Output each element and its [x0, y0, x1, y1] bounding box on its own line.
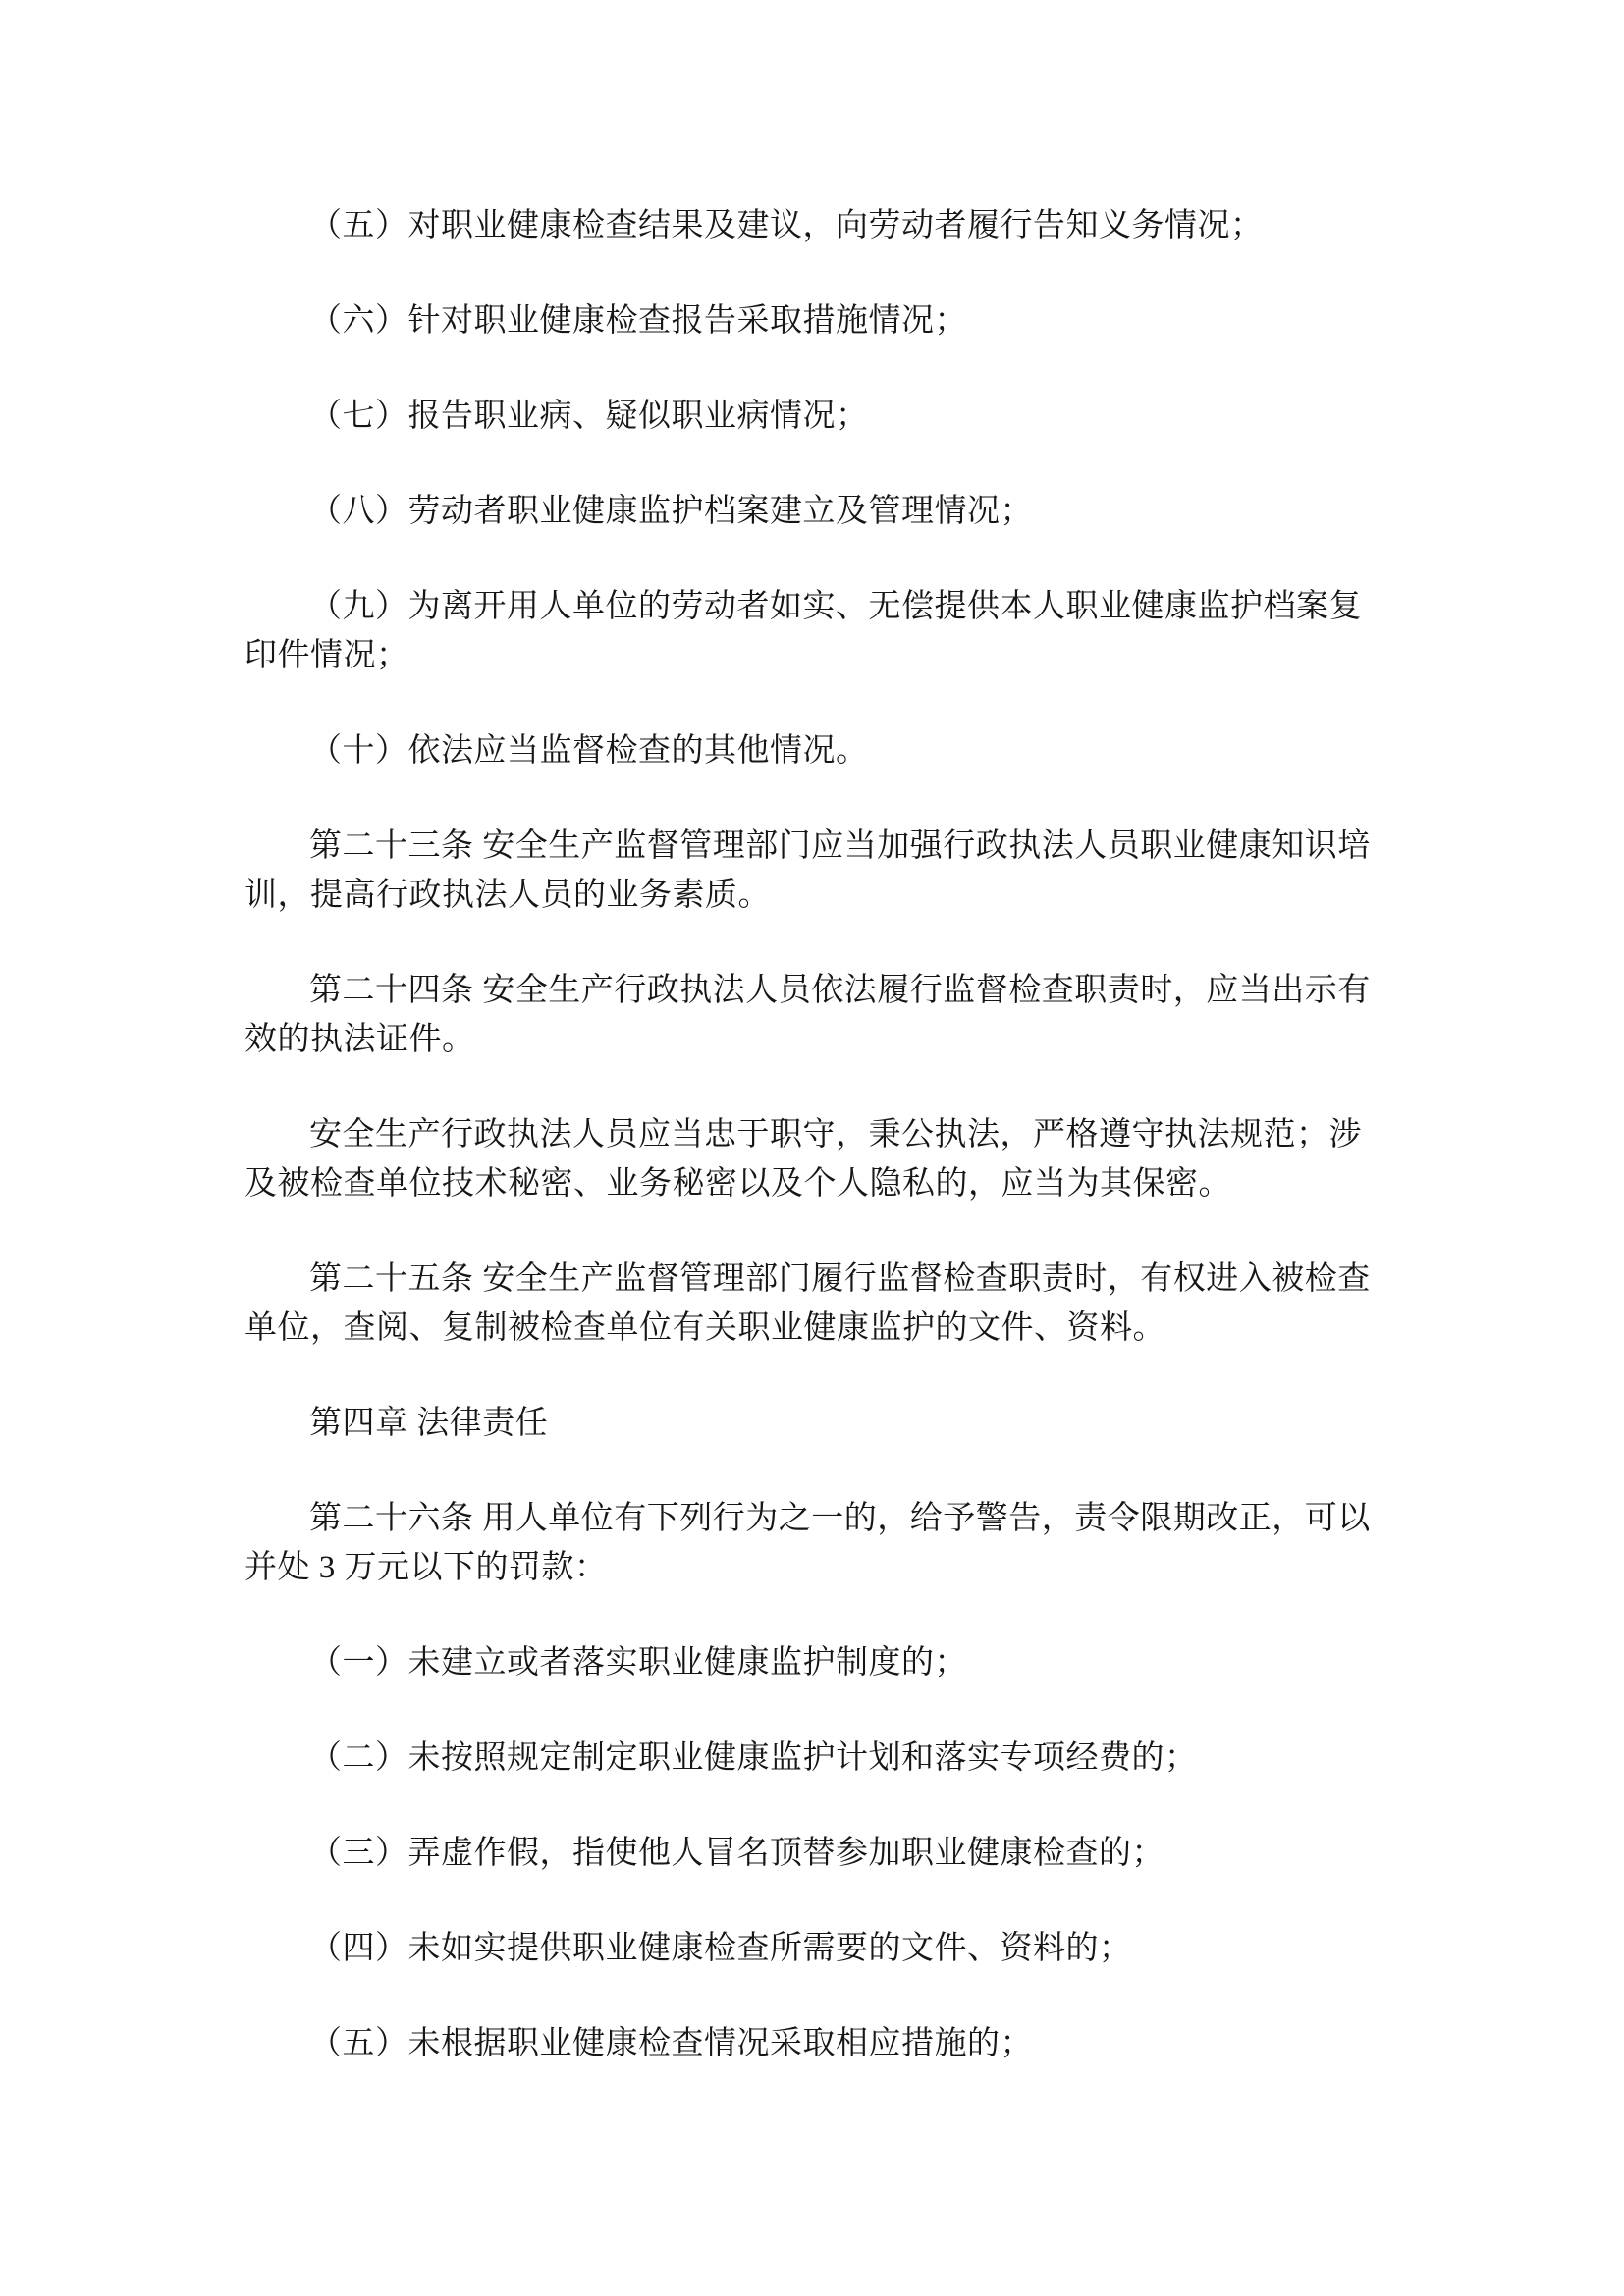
- paragraph-list-item: （九）为离开用人单位的劳动者如实、无偿提供本人职业健康监护档案复印件情况；: [244, 582, 1379, 680]
- paragraph-body: 安全生产行政执法人员应当忠于职守，秉公执法，严格遵守执法规范；涉及被检查单位技术…: [244, 1110, 1379, 1208]
- paragraph-list-item: （七）报告职业病、疑似职业病情况；: [244, 392, 1379, 441]
- paragraph-chapter-heading: 第四章 法律责任: [244, 1399, 1379, 1448]
- paragraph-list-item: （十）依法应当监督检查的其他情况。: [244, 726, 1379, 775]
- paragraph-list-item: （四）未如实提供职业健康检查所需要的文件、资料的；: [244, 1924, 1379, 1973]
- paragraph-article: 第二十五条 安全生产监督管理部门履行监督检查职责时，有权进入被检查单位，查阅、复…: [244, 1255, 1379, 1353]
- paragraph-list-item: （三）弄虚作假，指使他人冒名顶替参加职业健康检查的；: [244, 1829, 1379, 1878]
- paragraph-article: 第二十六条 用人单位有下列行为之一的，给予警告，责令限期改正，可以并处 3 万元…: [244, 1494, 1379, 1592]
- paragraph-list-item: （二）未按照规定制定职业健康监护计划和落实专项经费的；: [244, 1734, 1379, 1783]
- paragraph-list-item: （一）未建立或者落实职业健康监护制度的；: [244, 1638, 1379, 1687]
- paragraph-list-item: （五）未根据职业健康检查情况采取相应措施的；: [244, 2019, 1379, 2068]
- document-content: （五）对职业健康检查结果及建议，向劳动者履行告知义务情况； （六）针对职业健康检…: [0, 0, 1624, 2068]
- document-page: （五）对职业健康检查结果及建议，向劳动者履行告知义务情况； （六）针对职业健康检…: [0, 0, 1624, 2296]
- paragraph-list-item: （六）针对职业健康检查报告采取措施情况；: [244, 296, 1379, 346]
- paragraph-list-item: （八）劳动者职业健康监护档案建立及管理情况；: [244, 487, 1379, 536]
- paragraph-article: 第二十三条 安全生产监督管理部门应当加强行政执法人员职业健康知识培训，提高行政执…: [244, 822, 1379, 920]
- paragraph-list-item: （五）对职业健康检查结果及建议，向劳动者履行告知义务情况；: [244, 201, 1379, 250]
- paragraph-article: 第二十四条 安全生产行政执法人员依法履行监督检查职责时，应当出示有效的执法证件。: [244, 966, 1379, 1064]
